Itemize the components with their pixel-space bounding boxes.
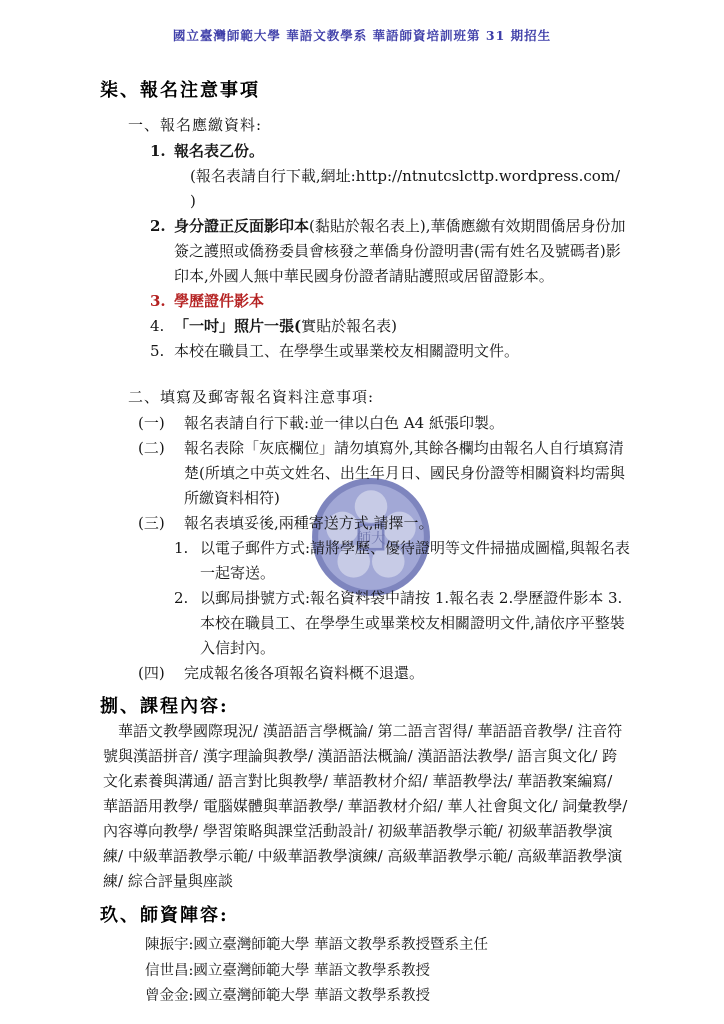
- download-url-note: (報名表請自行下載,網址:http://ntnutcslcttp.wordpre…: [174, 164, 628, 214]
- list-item: (三) 報名表填妥後,兩種寄送方式,請擇一。: [138, 511, 630, 536]
- item-number: 4.: [150, 314, 174, 339]
- item-text-bold: 身分證正反面影印本: [174, 217, 309, 235]
- subsection-mailing-title: 二、填寫及郵寄報名資料注意事項:: [128, 386, 374, 407]
- faculty-list: 陳振宇:國立臺灣師範大學 華語文教學系教授暨系主任 信世昌:國立臺灣師範大學 華…: [145, 933, 665, 1010]
- list-item: 2. 以郵局掛號方式:報名資料袋中請按 1.報名表 2.學歷證件影本 3.本校在…: [174, 586, 630, 661]
- item-number: (二): [138, 436, 184, 461]
- item-number: 2.: [174, 586, 200, 611]
- item-text: 完成報名後各項報名資料概不退還。: [184, 661, 630, 686]
- item-text-bold: 「一吋」照片一張(: [174, 317, 301, 335]
- item-text: 報名表除「灰底欄位」請勿填寫外,其餘各欄均由報名人自行填寫清楚(所填之中英文姓名…: [184, 436, 630, 511]
- item-number: (四): [138, 661, 184, 686]
- list-item: 1. 以電子郵件方式:請將學歷、優待證明等文件掃描成圖檔,與報名表一起寄送。: [174, 536, 630, 586]
- item-text: 本校在職員工、在學學生或畢業校友相關證明文件。: [174, 339, 628, 364]
- item-text-bold: 學歷證件影本: [174, 289, 628, 314]
- list-item-highlighted: 3. 學歷證件影本: [150, 289, 628, 314]
- list-item: 1. 報名表乙份。 (報名表請自行下載,網址:http://ntnutcslct…: [150, 139, 628, 214]
- item-text: 實貼於報名表): [301, 317, 397, 335]
- faculty-member-line: 陳振宇:國立臺灣師範大學 華語文教學系教授暨系主任: [145, 933, 665, 959]
- document-page: 師大 國立臺灣師範大學 華語文教學系 華語師資培訓班第 31 期招生 柒、報名注…: [0, 0, 724, 1024]
- item-number: (三): [138, 511, 184, 536]
- section-8-title: 捌、課程內容:: [100, 692, 229, 718]
- section-9-title: 玖、師資陣容:: [100, 901, 229, 927]
- item-number: 1.: [174, 536, 200, 561]
- item-text: 報名表請自行下載:並一律以白色 A4 紙張印製。: [184, 411, 630, 436]
- documents-list: 1. 報名表乙份。 (報名表請自行下載,網址:http://ntnutcslct…: [150, 139, 628, 364]
- item-text: 以郵局掛號方式:報名資料袋中請按 1.報名表 2.學歷證件影本 3.本校在職員工…: [200, 586, 630, 661]
- send-method-list: 1. 以電子郵件方式:請將學歷、優待證明等文件掃描成圖檔,與報名表一起寄送。 2…: [174, 536, 630, 661]
- list-item: (一) 報名表請自行下載:並一律以白色 A4 紙張印製。: [138, 411, 630, 436]
- page-header-title: 國立臺灣師範大學 華語文教學系 華語師資培訓班第 31 期招生: [0, 26, 724, 44]
- item-text: 以電子郵件方式:請將學歷、優待證明等文件掃描成圖檔,與報名表一起寄送。: [200, 536, 630, 586]
- item-text-bold: 報名表乙份。: [174, 142, 264, 160]
- mailing-list: (一) 報名表請自行下載:並一律以白色 A4 紙張印製。 (二) 報名表除「灰底…: [138, 411, 630, 686]
- faculty-member-line: 信世昌:國立臺灣師範大學 華語文教學系教授: [145, 959, 665, 985]
- faculty-member-line: 曾金金:國立臺灣師範大學 華語文教學系教授: [145, 984, 665, 1010]
- item-number: (一): [138, 411, 184, 436]
- item-number: 1.: [150, 139, 174, 164]
- item-text: 報名表填妥後,兩種寄送方式,請擇一。: [184, 511, 630, 536]
- item-number: 3.: [150, 289, 174, 314]
- list-item: (四) 完成報名後各項報名資料概不退還。: [138, 661, 630, 686]
- subsection-documents-title: 一、報名應繳資料:: [128, 114, 262, 135]
- section-7-title: 柒、報名注意事項: [100, 76, 260, 102]
- item-number: 5.: [150, 339, 174, 364]
- list-item: 5. 本校在職員工、在學學生或畢業校友相關證明文件。: [150, 339, 628, 364]
- list-item: 2. 身分證正反面影印本(黏貼於報名表上),華僑應繳有效期間僑居身份加簽之護照或…: [150, 214, 628, 289]
- list-item: 4. 「一吋」照片一張(實貼於報名表): [150, 314, 628, 339]
- course-content-paragraph: 華語文教學國際現況/ 漢語語言學概論/ 第二語言習得/ 華語語音教學/ 注音符號…: [103, 719, 631, 894]
- item-number: 2.: [150, 214, 174, 239]
- list-item: (二) 報名表除「灰底欄位」請勿填寫外,其餘各欄均由報名人自行填寫清楚(所填之中…: [138, 436, 630, 511]
